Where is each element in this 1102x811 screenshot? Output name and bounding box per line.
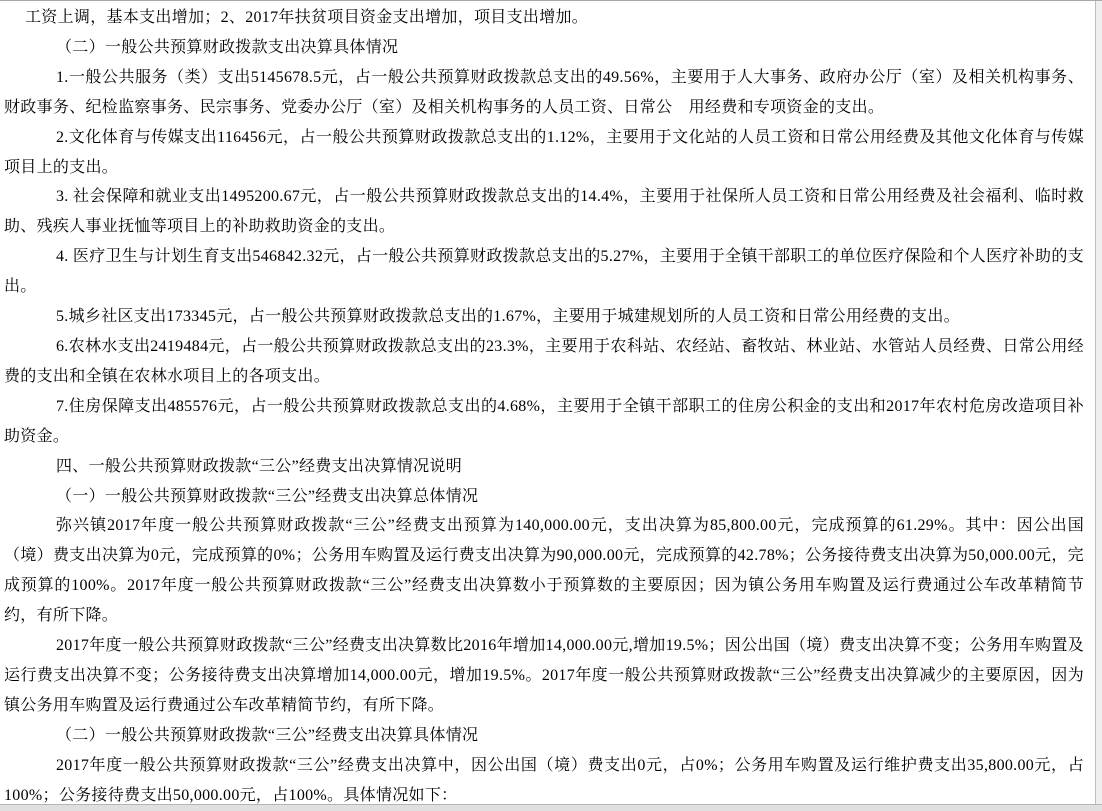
page-right-edge [1095,1,1102,811]
paragraph: （一）一般公共预算财政拨款“三公”经费支出决算总体情况 [4,482,1084,512]
paragraph: 弥兴镇2017年度一般公共预算财政拨款“三公”经费支出预算为140,000.00… [4,511,1084,631]
page-bottom-edge [0,804,1102,811]
document-page: 工资上调，基本支出增加；2、2017年扶贫项目资金支出增加，项目支出增加。（二）… [0,0,1102,811]
paragraph: 3. 社会保障和就业支出1495200.67元，占一般公共预算财政拨款总支出的1… [4,182,1084,242]
paragraph: 2.文化体育与传媒支出116456元，占一般公共预算财政拨款总支出的1.12%，… [4,123,1084,183]
paragraph: 7.住房保障支出485576元，占一般公共预算财政拨款总支出的4.68%，主要用… [4,392,1084,452]
paragraph: 4. 医疗卫生与计划生育支出546842.32元，占一般公共预算财政拨款总支出的… [4,242,1084,302]
paragraph: （二）一般公共预算财政拨款支出决算具体情况 [4,33,1084,63]
paragraph: 1.一般公共服务（类）支出5145678.5元，占一般公共预算财政拨款总支出的4… [4,63,1084,123]
paragraph: 四、一般公共预算财政拨款“三公”经费支出决算情况说明 [4,452,1084,482]
paragraph: 工资上调，基本支出增加；2、2017年扶贫项目资金支出增加，项目支出增加。 [4,3,1084,33]
paragraph: （二）一般公共预算财政拨款“三公”经费支出决算具体情况 [4,721,1084,751]
paragraph: 6.农林水支出2419484元，占一般公共预算财政拨款总支出的23.3%，主要用… [4,332,1084,392]
paragraph: 2017年度一般公共预算财政拨款“三公”经费支出决算数比2016年增加14,00… [4,631,1084,721]
paragraph: 5.城乡社区支出173345元，占一般公共预算财政拨款总支出的1.67%，主要用… [4,302,1084,332]
document-body: 工资上调，基本支出增加；2、2017年扶贫项目资金支出增加，项目支出增加。（二）… [4,3,1084,810]
paragraph: 2017年度一般公共预算财政拨款“三公”经费支出决算中，因公出国（境）费支出0元… [4,751,1084,811]
